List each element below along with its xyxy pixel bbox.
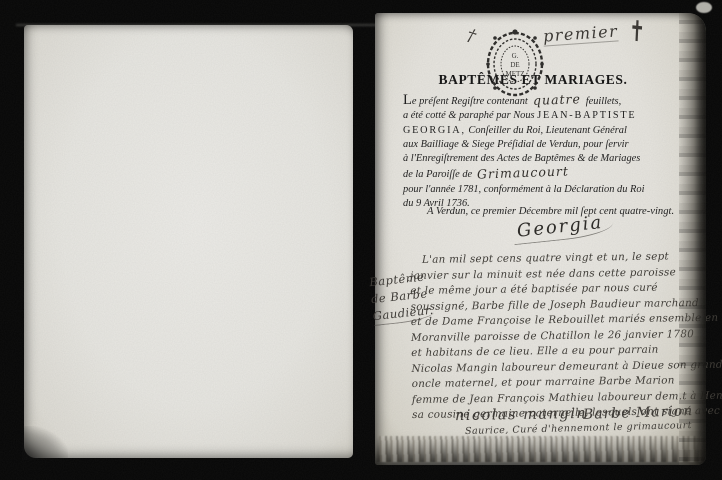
certificate-line: pour l'année 1781, conformément à la Déc…	[403, 183, 691, 197]
page-right-wear	[679, 13, 706, 465]
page-corner-stain	[22, 426, 68, 460]
generalite-de-metz-stamp: G. DE METZ	[481, 28, 549, 98]
official-surname: GEORGIA,	[403, 125, 466, 136]
stamp-text-2: DE	[510, 61, 519, 69]
film-corner-artifact	[696, 2, 712, 13]
page-bottom-wear	[377, 436, 701, 462]
blank-left-page	[24, 25, 353, 458]
stamp-text-1: G.	[512, 52, 519, 60]
baptism-act-text: L'an mil sept cens quatre vingt et un, l…	[410, 249, 706, 424]
certificate-line: de la Paroiſſe deGrimaucourt	[403, 166, 691, 182]
paraph-mark: ✝	[628, 15, 645, 50]
certificate-line: a été cotté & paraphé par Nous JEAN-BAPT…	[403, 109, 691, 123]
official-name: JEAN-BAPTISTE	[537, 110, 636, 121]
certificate-line: GEORGIA, Conſeiller du Roi, Lieutenant G…	[403, 124, 691, 138]
certificate-line: aux Bailliage & Siege Préſidial de Verdu…	[403, 138, 691, 152]
handwritten-parish-name: Grimaucourt	[472, 165, 574, 183]
handwritten-folio-count: quatre	[528, 92, 586, 108]
cross-mark: †	[464, 25, 478, 47]
stamp-text-3: METZ	[505, 70, 524, 78]
printed-certificate-text: Le préſent Regiſtre contenantquatrefeuil…	[403, 93, 691, 211]
certificate-line: Le préſent Regiſtre contenantquatrefeuil…	[403, 93, 691, 109]
signature-nicolas-mangin: nicolas mangin	[455, 406, 587, 424]
register-title-page: † premier ✝ BAPTÊMES ET MARIAGES. G. DE …	[375, 13, 706, 465]
certificate-dateline: A Verdun, ce premier Décembre mil ſept c…	[427, 206, 674, 217]
microfilm-scan: † premier ✝ BAPTÊMES ET MARIAGES. G. DE …	[0, 0, 722, 480]
folio-annotation: premier	[542, 21, 618, 46]
